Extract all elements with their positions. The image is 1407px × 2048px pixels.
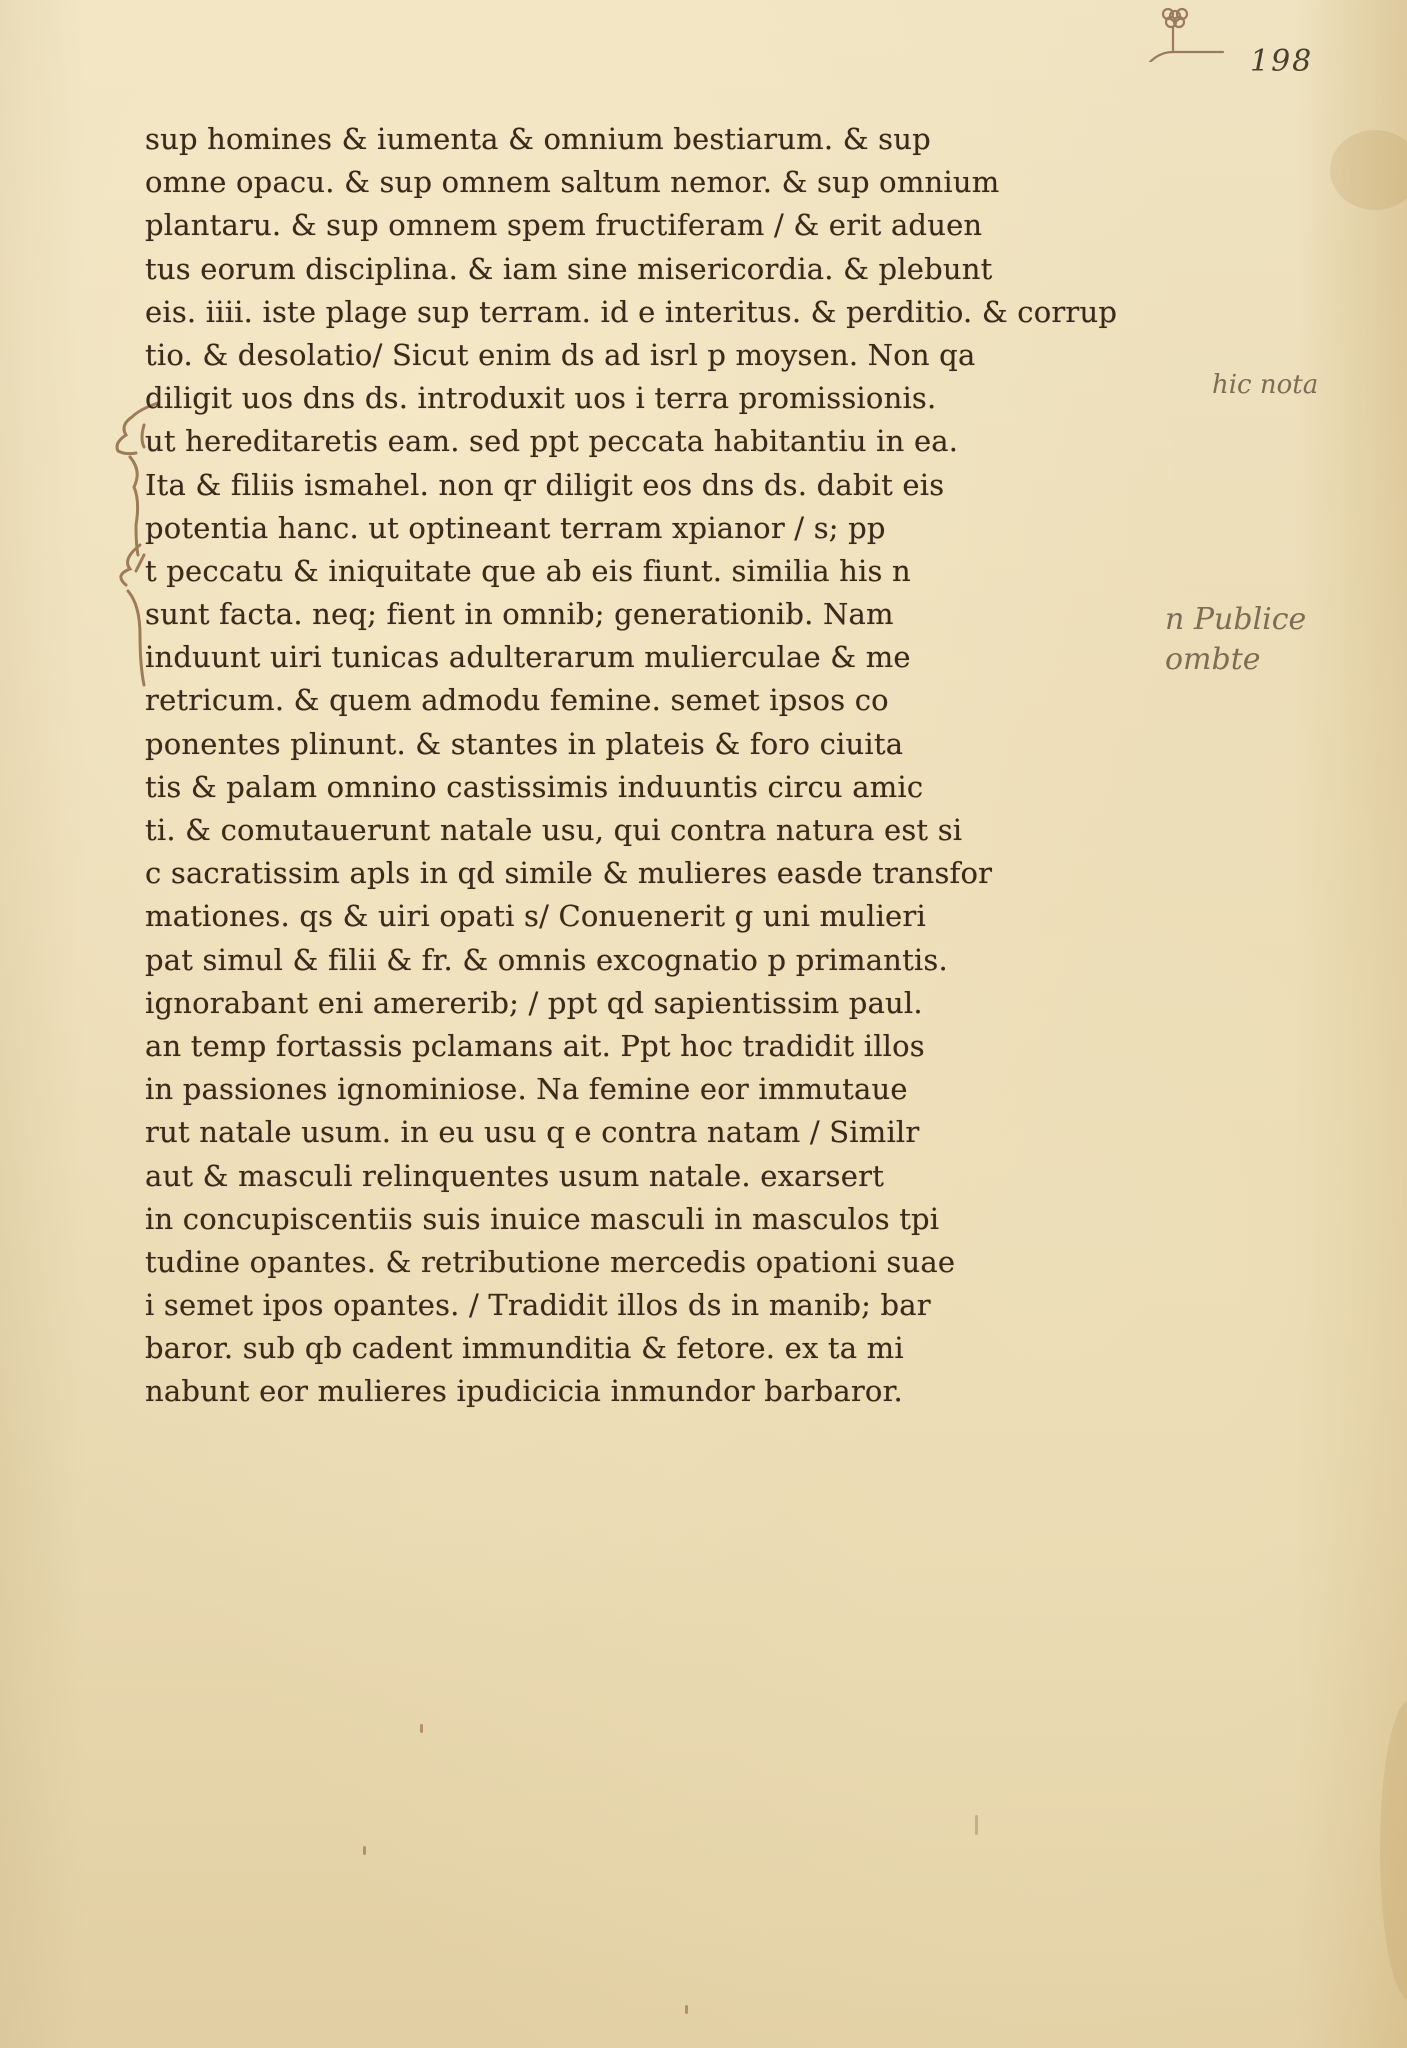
text-line: sup homines & iumenta & omnium bestiarum…: [145, 118, 1130, 161]
main-text-column: sup homines & iumenta & omnium bestiarum…: [145, 118, 1130, 1414]
text-line: omne opacu. & sup omnem saltum nemor. & …: [145, 161, 1130, 204]
parchment-speck: [975, 1815, 978, 1835]
text-line: ponentes plinunt. & stantes in plateis &…: [145, 723, 1130, 766]
text-line: ignorabant eni amererib; / ppt qd sapien…: [145, 982, 1130, 1025]
marginal-gloss-publice: n Publice ombte: [1165, 600, 1306, 680]
text-line: Ita & filiis ismahel. non qr diligit eos…: [145, 464, 1130, 507]
marginal-gloss-hic-nota: hic nota: [1212, 370, 1318, 400]
parchment-speck: [420, 1724, 423, 1733]
text-line: aut & masculi relinquentes usum natale. …: [145, 1155, 1130, 1198]
text-line: potentia hanc. ut optineant terram xpian…: [145, 507, 1130, 550]
text-line: baror. sub qb cadent immunditia & fetore…: [145, 1327, 1130, 1370]
text-line: diligit uos dns ds. introduxit uos i ter…: [145, 377, 1130, 420]
text-line: ut hereditaretis eam. sed ppt peccata ha…: [145, 420, 1130, 463]
text-line: an temp fortassis pclamans ait. Ppt hoc …: [145, 1025, 1130, 1068]
text-line: tio. & desolatio/ Sicut enim ds ad isrl …: [145, 334, 1130, 377]
text-line: t peccatu & iniquitate que ab eis fiunt.…: [145, 550, 1130, 593]
text-line: mationes. qs & uiri opati s/ Conuenerit …: [145, 895, 1130, 938]
text-line: c sacratissim apls in qd simile & mulier…: [145, 852, 1130, 895]
text-line: sunt facta. neq; fient in omnib; generat…: [145, 593, 1130, 636]
gloss-line: ombte: [1165, 640, 1306, 680]
text-line: i semet ipos opantes. / Tradidit illos d…: [145, 1284, 1130, 1327]
text-line: pat simul & filii & fr. & omnis excognat…: [145, 939, 1130, 982]
text-line: tis & palam omnino castissimis induuntis…: [145, 766, 1130, 809]
text-line: nabunt eor mulieres ipudicicia inmundor …: [145, 1370, 1130, 1413]
text-line: in passiones ignominiose. Na femine eor …: [145, 1068, 1130, 1111]
text-line: tus eorum disciplina. & iam sine miseric…: [145, 248, 1130, 291]
text-line: retricum. & quem admodu femine. semet ip…: [145, 679, 1130, 722]
text-line: tudine opantes. & retributione mercedis …: [145, 1241, 1130, 1284]
manuscript-folio: 198 sup homines & iumenta & omnium besti…: [0, 0, 1407, 2048]
text-line: ti. & comutauerunt natale usu, qui contr…: [145, 809, 1130, 852]
parchment-stain: [1330, 130, 1407, 210]
text-line: rut natale usum. in eu usu q e contra na…: [145, 1111, 1130, 1154]
parchment-speck: [685, 2005, 688, 2014]
text-line: eis. iiii. iste plage sup terram. id e i…: [145, 291, 1130, 334]
flower-mark-icon: [1125, 2, 1225, 62]
parchment-speck: [363, 1846, 366, 1855]
text-line: induunt uiri tunicas adulterarum mulierc…: [145, 636, 1130, 679]
parchment-stain: [1380, 1700, 1407, 2000]
foliation-number: 198: [1250, 44, 1313, 79]
text-line: in concupiscentiis suis inuice masculi i…: [145, 1198, 1130, 1241]
gloss-line: n Publice: [1165, 600, 1306, 640]
text-line: plantaru. & sup omnem spem fructiferam /…: [145, 204, 1130, 247]
